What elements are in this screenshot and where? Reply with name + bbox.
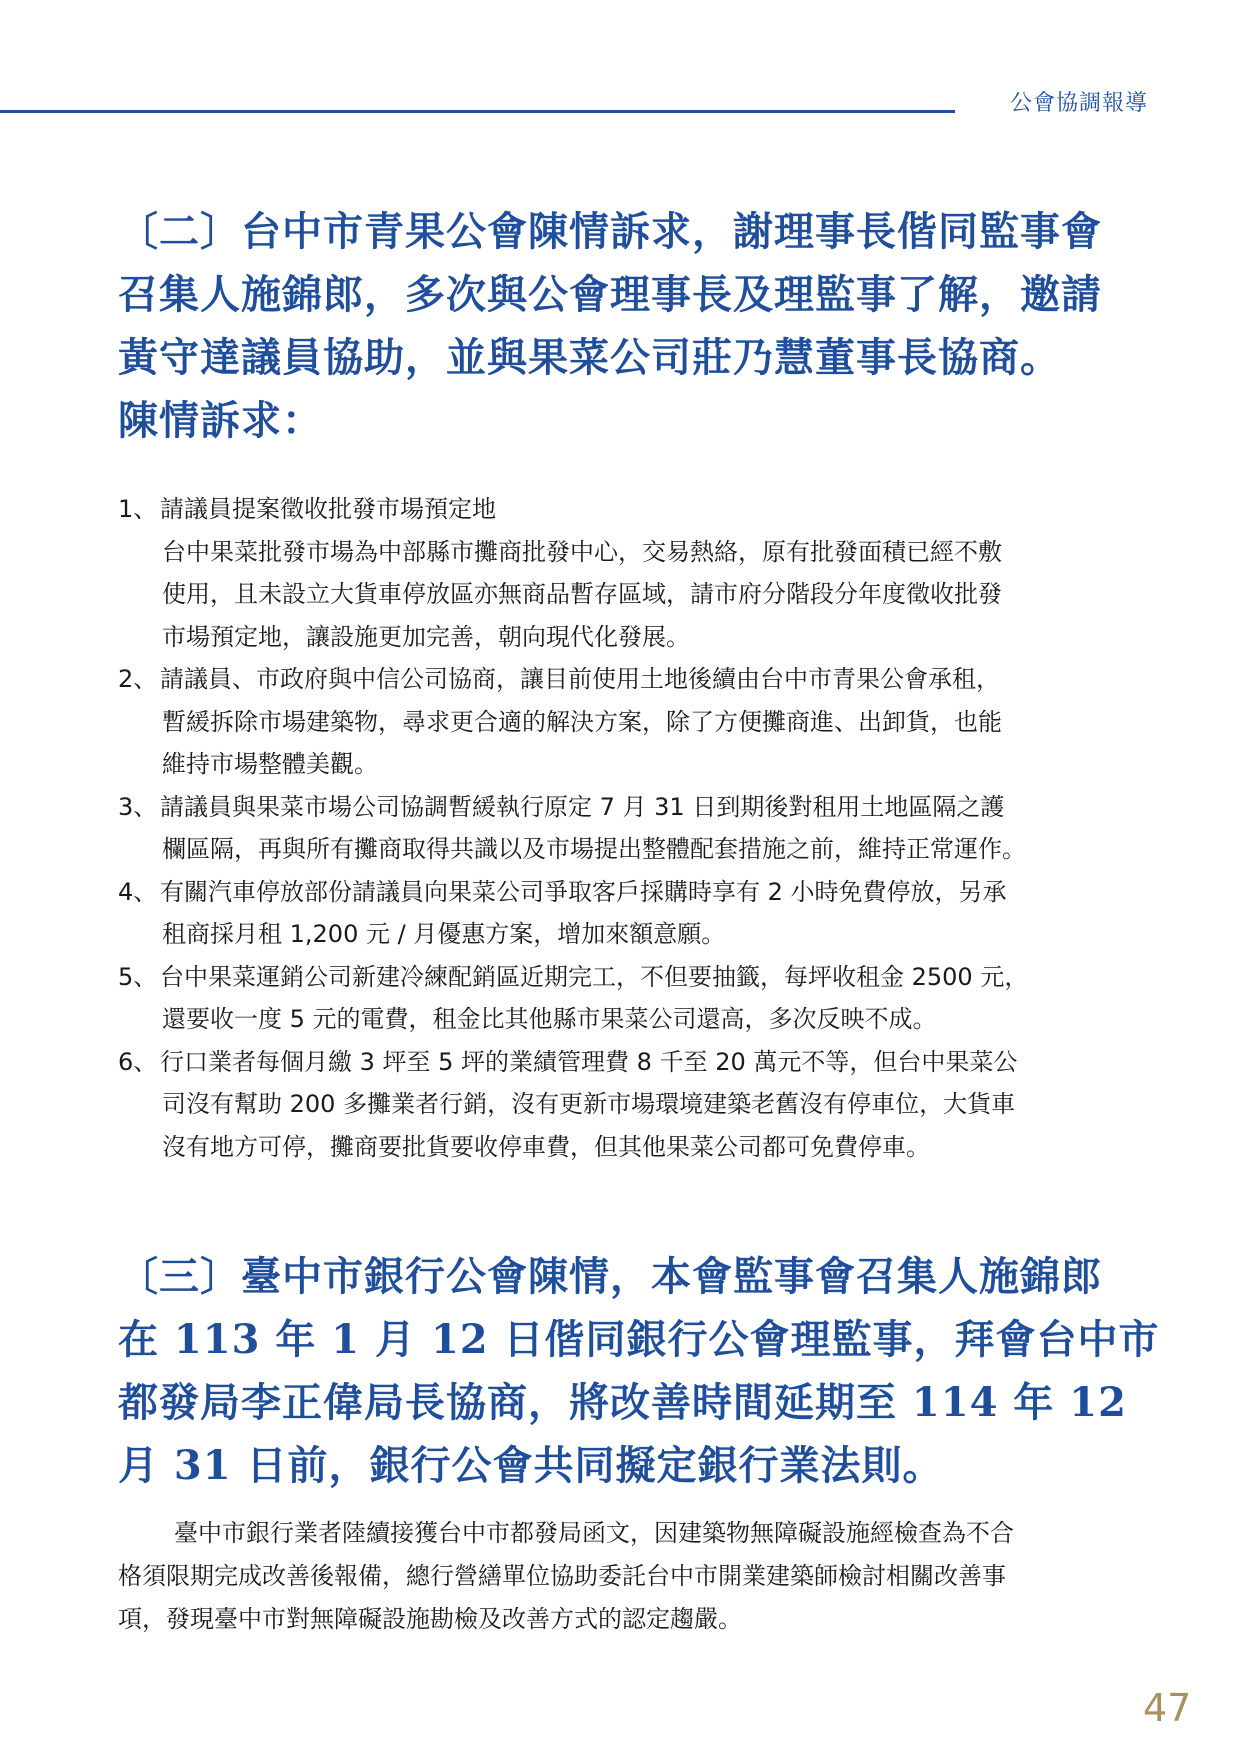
item-text: 有關汽車停放部份請議員向果菜公司爭取客戶採購時享有 2 小時免費停放，另承 <box>160 878 1007 906</box>
item-first-line: 5、台中果菜運銷公司新建冷練配銷區近期完工，不但要抽籤，每坪收租金 2500 元… <box>118 956 1138 999</box>
item-text: 欄區隔，再與所有攤商取得共識以及市場提出整體配套措施之前，維持正常運作。 <box>118 828 1138 871</box>
section-3-paragraph: 臺中市銀行業者陸續接獲台中市都發局函文，因建築物無障礙設施經檢查為不合 格須限期… <box>118 1512 1138 1641</box>
list-item: 6、行口業者每個月繳 3 坪至 5 坪的業績管理費 8 千至 20 萬元不等，但… <box>118 1041 1138 1169</box>
heading-line: 都發局李正偉局長協商，將改善時間延期至 114 年 12 <box>118 1371 1138 1434</box>
paragraph-line: 項，發現臺中市對無障礙設施勘檢及改善方式的認定趨嚴。 <box>118 1598 1138 1641</box>
section-2-heading: 〔二〕台中市青果公會陳情訴求，謝理事長偕同監事會 召集人施錦郎，多次與公會理事長… <box>118 200 1138 452</box>
item-first-line: 1、請議員提案徵收批發市場預定地 <box>118 488 1138 531</box>
heading-line: 陳情訴求： <box>118 389 1138 452</box>
section-3-heading: 〔三〕臺中市銀行公會陳情，本會監事會召集人施錦郎 在 113 年 1 月 12 … <box>118 1245 1138 1497</box>
item-first-line: 6、行口業者每個月繳 3 坪至 5 坪的業績管理費 8 千至 20 萬元不等，但… <box>118 1041 1138 1084</box>
item-text: 使用，且未設立大貨車停放區亦無商品暫存區域，請市府分階段分年度徵收批發 <box>118 573 1138 616</box>
item-number: 1、 <box>118 488 160 531</box>
item-first-line: 2、請議員、市政府與中信公司協商，讓目前使用土地後續由台中市青果公會承租， <box>118 658 1138 701</box>
list-item: 5、台中果菜運銷公司新建冷練配銷區近期完工，不但要抽籤，每坪收租金 2500 元… <box>118 956 1138 1041</box>
running-header-title: 公會協調報導 <box>1010 86 1148 117</box>
item-text: 市場預定地，讓設施更加完善，朝向現代化發展。 <box>118 616 1138 659</box>
heading-line: 〔三〕臺中市銀行公會陳情，本會監事會召集人施錦郎 <box>118 1245 1138 1308</box>
heading-line: 月 31 日前，銀行公會共同擬定銀行業法則。 <box>118 1434 1138 1497</box>
item-text: 台中果菜運銷公司新建冷練配銷區近期完工，不但要抽籤，每坪收租金 2500 元， <box>160 963 1028 991</box>
header-rule <box>0 110 955 113</box>
item-text: 沒有地方可停，攤商要批貨要收停車費，但其他果菜公司都可免費停車。 <box>118 1126 1138 1169</box>
list-item: 2、請議員、市政府與中信公司協商，讓目前使用土地後續由台中市青果公會承租， 暫緩… <box>118 658 1138 786</box>
paragraph-line: 臺中市銀行業者陸續接獲台中市都發局函文，因建築物無障礙設施經檢查為不合 <box>118 1512 1138 1555</box>
item-text: 請議員與果菜市場公司協調暫緩執行原定 7 月 31 日到期後對租用土地區隔之護 <box>160 793 1004 821</box>
item-number: 5、 <box>118 956 160 999</box>
paragraph-line: 格須限期完成改善後報備，總行營繕單位協助委託台中市開業建築師檢討相關改善事 <box>118 1555 1138 1598</box>
item-number: 2、 <box>118 658 160 701</box>
item-text: 請議員提案徵收批發市場預定地 <box>160 495 496 523</box>
item-text: 行口業者每個月繳 3 坪至 5 坪的業績管理費 8 千至 20 萬元不等，但台中… <box>160 1048 1017 1076</box>
petition-list: 1、請議員提案徵收批發市場預定地 台中果菜批發市場為中部縣市攤商批發中心，交易熱… <box>118 488 1138 1168</box>
heading-line: 〔二〕台中市青果公會陳情訴求，謝理事長偕同監事會 <box>118 200 1138 263</box>
item-number: 4、 <box>118 871 160 914</box>
heading-line: 黃守達議員協助，並與果菜公司莊乃慧董事長協商。 <box>118 326 1138 389</box>
heading-line: 召集人施錦郎，多次與公會理事長及理監事了解，邀請 <box>118 263 1138 326</box>
item-text: 租商採月租 1,200 元 / 月優惠方案，增加來額意願。 <box>118 913 1138 956</box>
item-first-line: 4、有關汽車停放部份請議員向果菜公司爭取客戶採購時享有 2 小時免費停放，另承 <box>118 871 1138 914</box>
list-item: 4、有關汽車停放部份請議員向果菜公司爭取客戶採購時享有 2 小時免費停放，另承 … <box>118 871 1138 956</box>
list-item: 1、請議員提案徵收批發市場預定地 台中果菜批發市場為中部縣市攤商批發中心，交易熱… <box>118 488 1138 658</box>
item-text: 司沒有幫助 200 多攤業者行銷，沒有更新市場環境建築老舊沒有停車位，大貨車 <box>118 1083 1138 1126</box>
item-text: 維持市場整體美觀。 <box>118 743 1138 786</box>
item-text: 台中果菜批發市場為中部縣市攤商批發中心，交易熱絡，原有批發面積已經不敷 <box>118 531 1138 574</box>
item-text: 暫緩拆除市場建築物，尋求更合適的解決方案，除了方便攤商進、出卸貨，也能 <box>118 701 1138 744</box>
heading-line: 在 113 年 1 月 12 日偕同銀行公會理監事，拜會台中市 <box>118 1308 1138 1371</box>
item-text: 請議員、市政府與中信公司協商，讓目前使用土地後續由台中市青果公會承租， <box>160 665 1000 693</box>
item-number: 3、 <box>118 786 160 829</box>
list-item: 3、請議員與果菜市場公司協調暫緩執行原定 7 月 31 日到期後對租用土地區隔之… <box>118 786 1138 871</box>
item-text: 還要收一度 5 元的電費，租金比其他縣市果菜公司還高，多次反映不成。 <box>118 998 1138 1041</box>
item-first-line: 3、請議員與果菜市場公司協調暫緩執行原定 7 月 31 日到期後對租用土地區隔之… <box>118 786 1138 829</box>
page-number: 47 <box>1143 1686 1191 1730</box>
item-number: 6、 <box>118 1041 160 1084</box>
